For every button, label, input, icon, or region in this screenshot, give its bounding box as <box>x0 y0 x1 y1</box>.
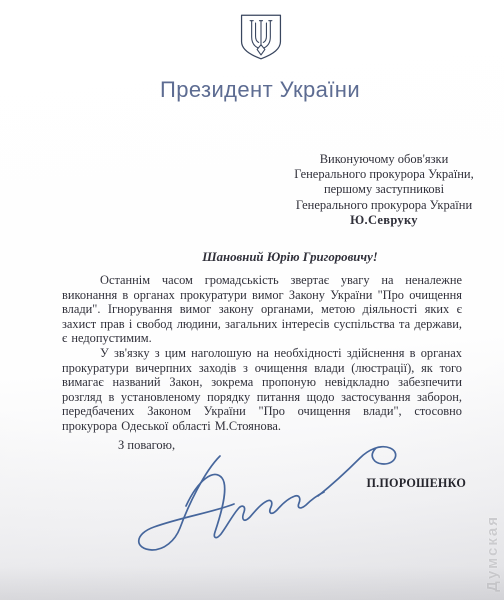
addressee-line: Генерального прокурора України, <box>288 167 480 182</box>
letter-body: Останнім часом громадськість звертає ува… <box>62 273 462 434</box>
addressee-line: першому заступникові <box>288 182 480 197</box>
scanned-letter-page: Президент України Виконуючому обов'язки … <box>0 0 504 600</box>
paragraph: Останнім часом громадськість звертає ува… <box>62 273 462 346</box>
letterhead-title: Президент України <box>8 77 504 103</box>
addressee-line: Виконуючому обов'язки <box>288 152 480 167</box>
addressee-name: Ю.Севруку <box>288 213 480 228</box>
addressee-block: Виконуючому обов'язки Генерального проку… <box>288 152 480 228</box>
handwritten-signature <box>128 434 418 564</box>
watermark-dumskaya: Думская <box>484 515 501 592</box>
scan-shadow <box>0 566 504 600</box>
salutation: Шановний Юрію Григоровичу! <box>62 250 462 265</box>
signer-name: П.ПОРОШЕНКО <box>366 476 466 491</box>
trident-emblem-icon <box>240 11 282 63</box>
paragraph: У зв'язку з цим наголошую на необхідност… <box>62 346 462 434</box>
addressee-line: Генерального прокурора України <box>288 198 480 213</box>
